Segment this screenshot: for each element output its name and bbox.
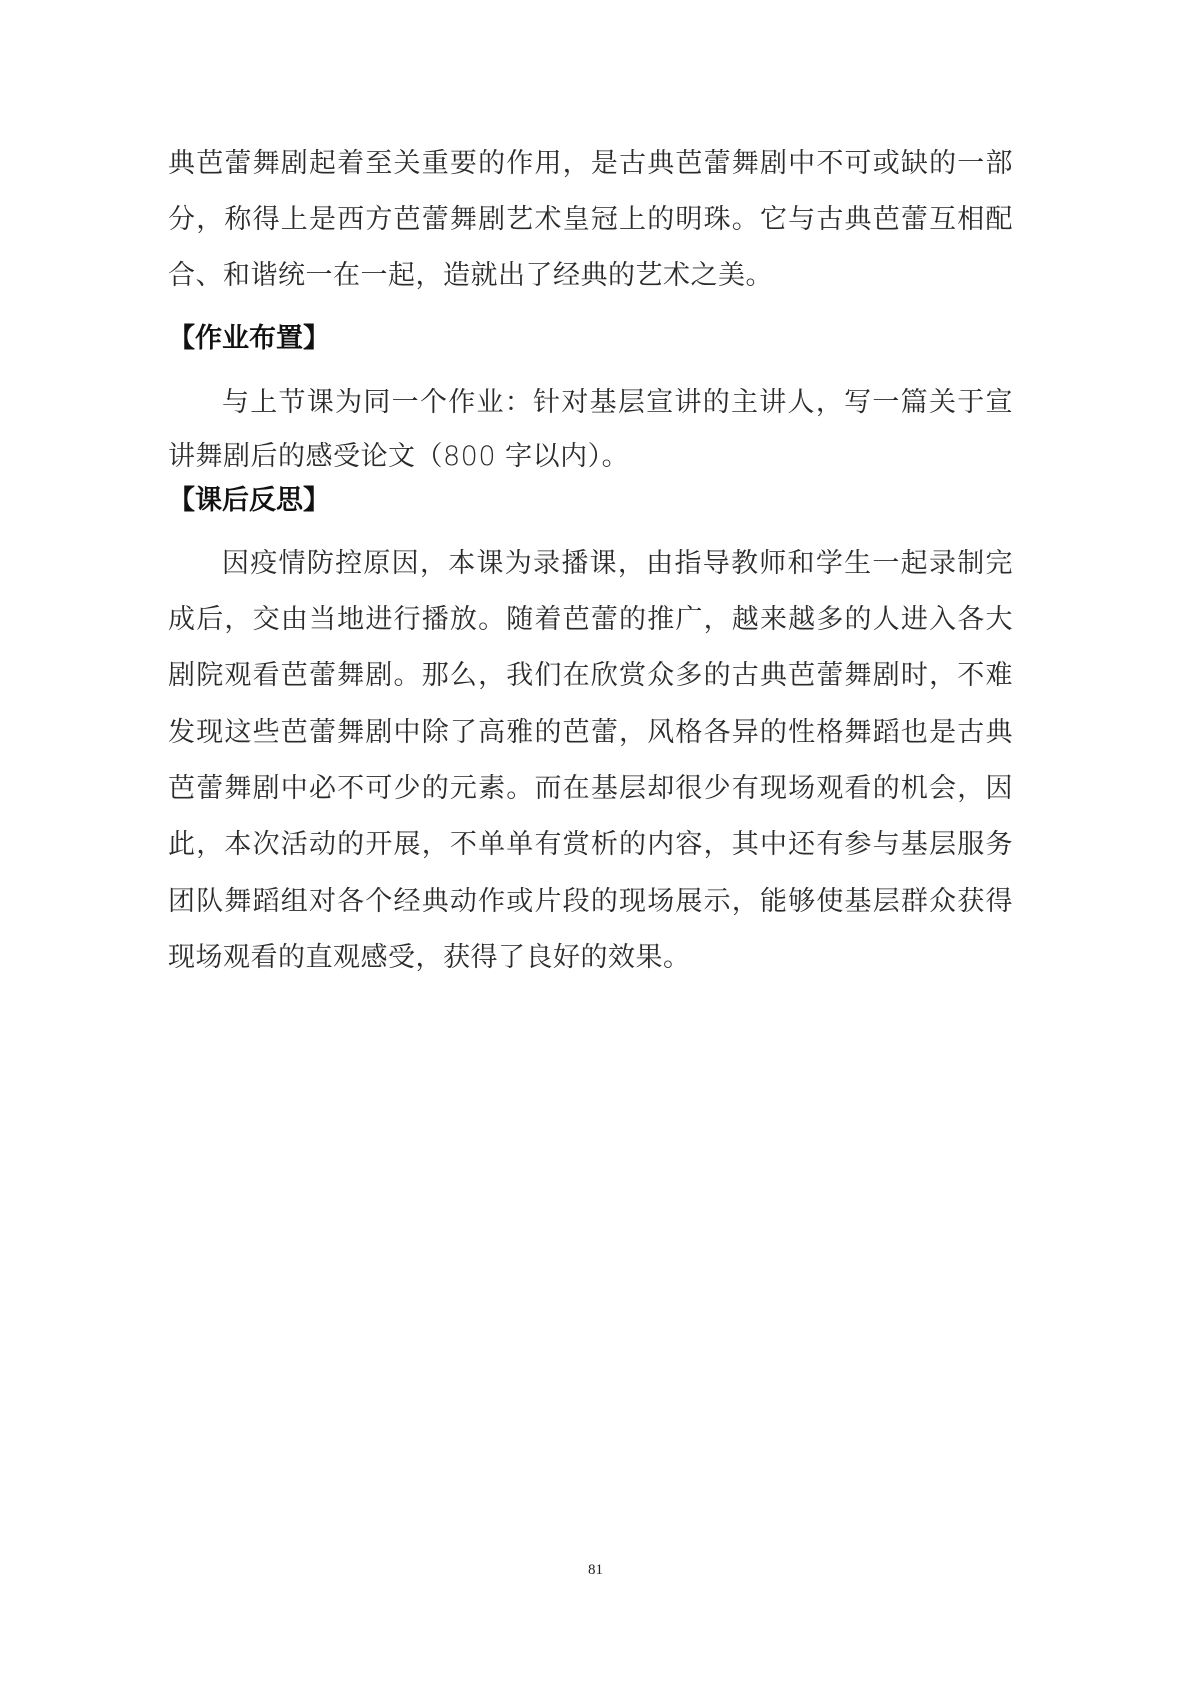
paragraph-line: 典芭蕾舞剧起着至关重要的作用，是古典芭蕾舞剧中不可或缺的一部: [168, 147, 1013, 181]
paragraph-line: 芭蕾舞剧中必不可少的元素。而在基层却很少有现场观看的机会，因: [168, 772, 1013, 806]
page-number: 81: [0, 1562, 1191, 1579]
paragraph-line: 剧院观看芭蕾舞剧。那么，我们在欣赏众多的古典芭蕾舞剧时，不难: [168, 659, 1013, 693]
document-page: 典芭蕾舞剧起着至关重要的作用，是古典芭蕾舞剧中不可或缺的一部 分，称得上是西方芭…: [0, 0, 1191, 1684]
section-heading-homework: 【作业布置】: [168, 322, 330, 356]
paragraph-line: 分，称得上是西方芭蕾舞剧艺术皇冠上的明珠。它与古典芭蕾互相配: [168, 203, 1013, 237]
paragraph-line: 发现这些芭蕾舞剧中除了高雅的芭蕾，风格各异的性格舞蹈也是古典: [168, 716, 1013, 750]
paragraph-line: 团队舞蹈组对各个经典动作或片段的现场展示，能够使基层群众获得: [168, 885, 1013, 919]
section-heading-reflection: 【课后反思】: [168, 484, 330, 518]
paragraph-line: 现场观看的直观感受，获得了良好的效果。: [168, 941, 1013, 975]
paragraph-line: 此，本次活动的开展，不单单有赏析的内容，其中还有参与基层服务: [168, 828, 1013, 862]
paragraph-line: 合、和谐统一在一起，造就出了经典的艺术之美。: [168, 259, 1013, 293]
paragraph-line: 与上节课为同一个作业：针对基层宣讲的主讲人，写一篇关于宣: [222, 386, 1013, 420]
paragraph-line: 因疫情防控原因，本课为录播课，由指导教师和学生一起录制完: [222, 547, 1013, 581]
paragraph-line: 讲舞剧后的感受论文（800 字以内）。: [168, 440, 1013, 474]
paragraph-line: 成后，交由当地进行播放。随着芭蕾的推广，越来越多的人进入各大: [168, 603, 1013, 637]
